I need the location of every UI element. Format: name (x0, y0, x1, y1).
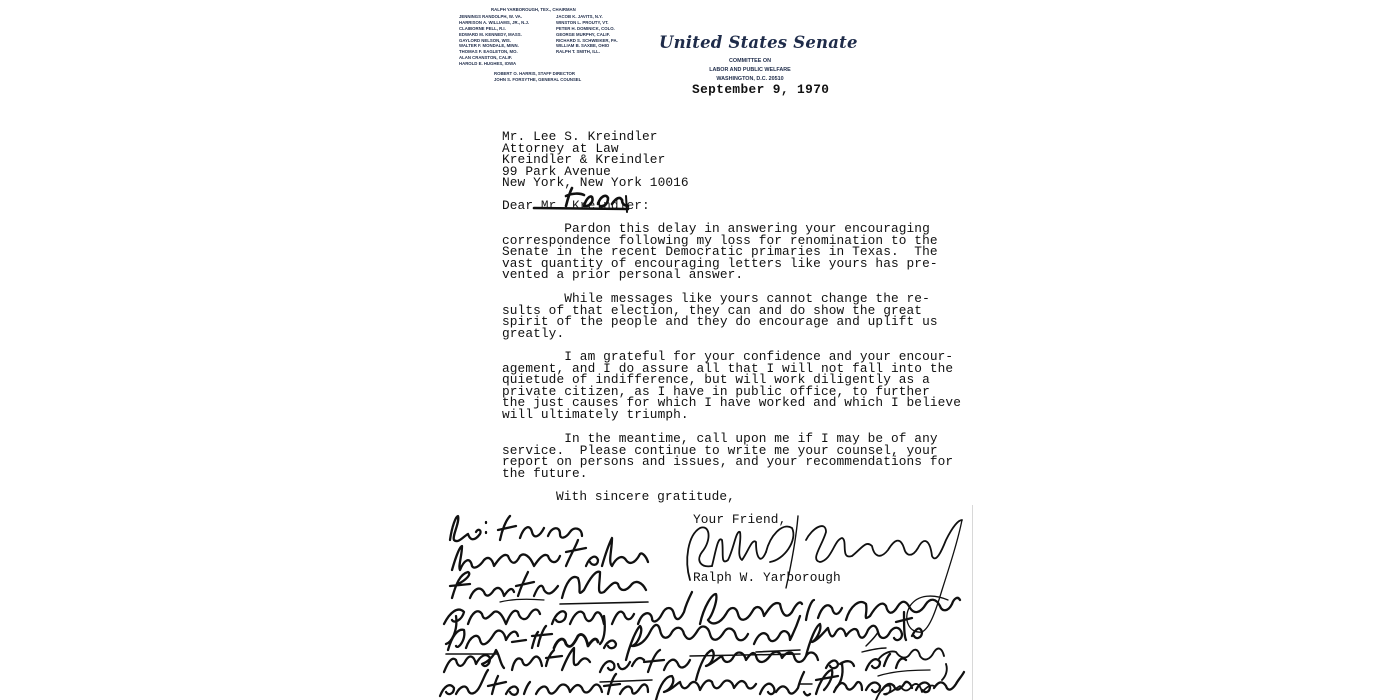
letterhead-members-left: Jennings Randolph, W. Va.Harrison A. Wil… (459, 14, 529, 67)
letterhead-staff: Robert O. Harris, Staff DirectorJohn S. … (494, 71, 581, 83)
letterhead-member: Peter H. Dominick, Colo. (556, 26, 618, 32)
committee-line-2: Labor and Public Welfare (660, 66, 840, 75)
complimentary-close: Your Friend, (693, 514, 786, 526)
letterhead-member: Harrison A. Williams, Jr., N.J. (459, 20, 529, 26)
committee-line-1: Committee on (660, 57, 840, 66)
body-line: the future. (502, 468, 953, 480)
inside-address: Mr. Lee S. KreindlerAttorney at LawKrein… (502, 131, 689, 189)
letterhead-members-right: Jacob K. Javits, N.Y.Winston L. Prouty, … (556, 14, 618, 55)
letterhead-member: George Murphy, Calif. (556, 32, 618, 38)
letterhead-chairman: Ralph Yarborough, Tex., Chairman (491, 7, 576, 13)
letterhead-staff-line: John S. Forsythe, General Counsel (494, 77, 581, 83)
salutation-prefix: Dear (502, 198, 541, 213)
body-line: vented a prior personal answer. (502, 269, 938, 281)
letter-date: September 9, 1970 (692, 84, 829, 96)
body-paragraph-2: While messages like yours cannot change … (502, 293, 938, 339)
page-edge (972, 505, 973, 700)
letterhead-title: United States Senate (659, 33, 839, 52)
body-paragraph-3: I am grateful for your confidence and yo… (502, 351, 961, 421)
body-line: greatly. (502, 328, 938, 340)
address-line: New York, New York 10016 (502, 177, 689, 189)
letterhead-committee: Committee on Labor and Public Welfare Wa… (660, 57, 840, 84)
letterhead-member: Harold E. Hughes, Iowa (459, 61, 529, 67)
letterhead-member: Edward M. Kennedy, Mass. (459, 32, 529, 38)
body-line: spirit of the people and they do encoura… (502, 316, 938, 328)
body-paragraph-4: In the meantime, call upon me if I may b… (502, 433, 953, 479)
letterhead-member: Ralph T. Smith, Ill. (556, 49, 618, 55)
salutation: Dear Mr. Kreindler: (502, 200, 650, 212)
salutation-struck-name: Mr. Kreindler: (541, 198, 650, 213)
closing-line: With sincere gratitude, (556, 491, 735, 503)
handwritten-note (440, 516, 964, 700)
body-paragraph-1: Pardon this delay in answering your enco… (502, 223, 938, 281)
letter-page: Ralph Yarborough, Tex., Chairman Jenning… (0, 0, 1400, 700)
signer-name: Ralph W. Yarborough (693, 572, 841, 584)
body-line: will ultimately triumph. (502, 409, 961, 421)
